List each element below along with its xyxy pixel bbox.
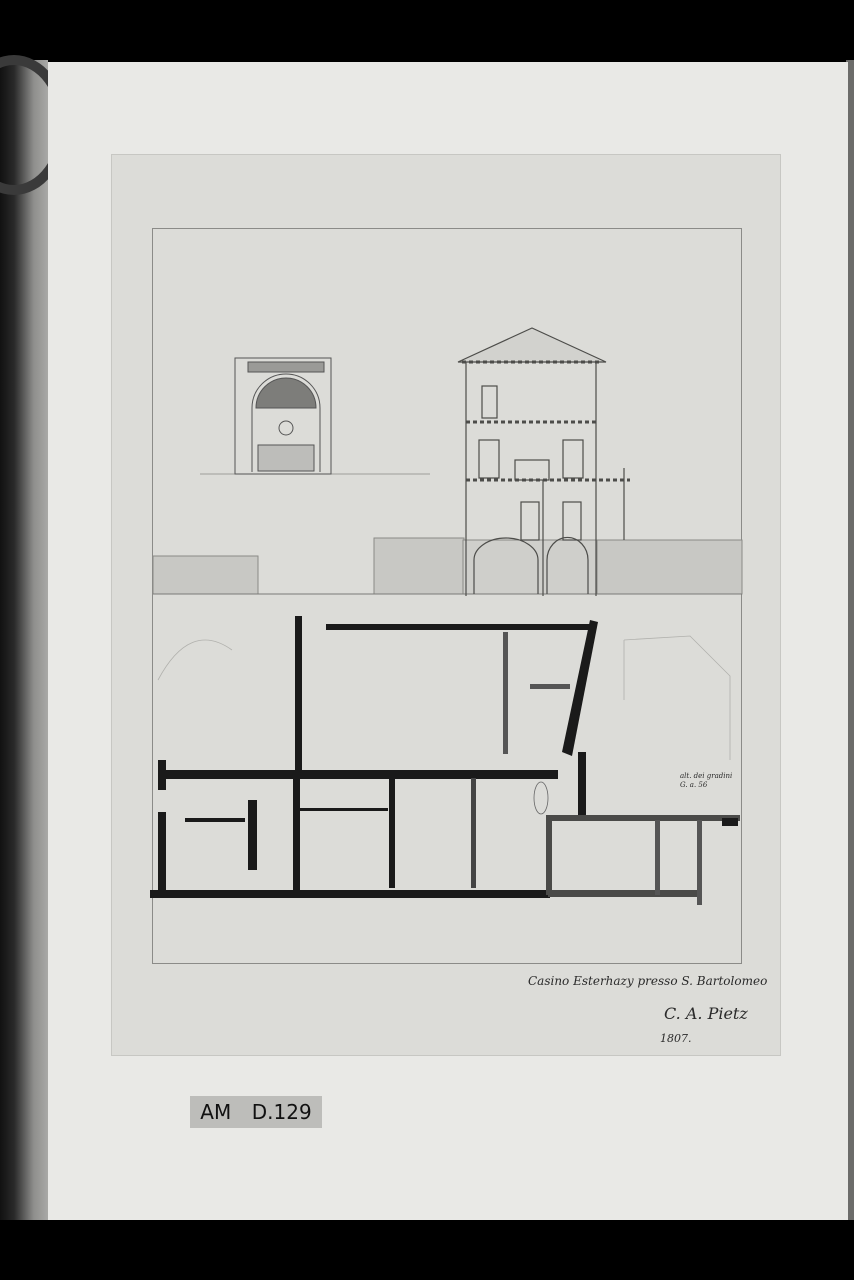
- architect-signature: C. A. Pietz: [664, 1004, 748, 1023]
- niche-elevation: [235, 358, 331, 474]
- plan-annotation-line1: alt. dei gradini: [680, 772, 732, 781]
- catalog-label: AM D.129: [190, 1096, 322, 1128]
- plan-annotation: alt. dei gradini G. a. 56: [680, 772, 732, 790]
- plan-annotation-line2: G. a. 56: [680, 781, 732, 790]
- catalog-collection: AM: [200, 1100, 231, 1124]
- architectural-drawing: [0, 0, 854, 1280]
- floor-plan: [150, 616, 740, 905]
- drawing-year: 1807.: [660, 1032, 692, 1045]
- drawing-caption: Casino Esterhazy presso S. Bartolomeo: [528, 974, 767, 988]
- catalog-number: D.129: [252, 1100, 312, 1124]
- faint-sketches: [158, 636, 730, 814]
- ground-section: [153, 538, 742, 594]
